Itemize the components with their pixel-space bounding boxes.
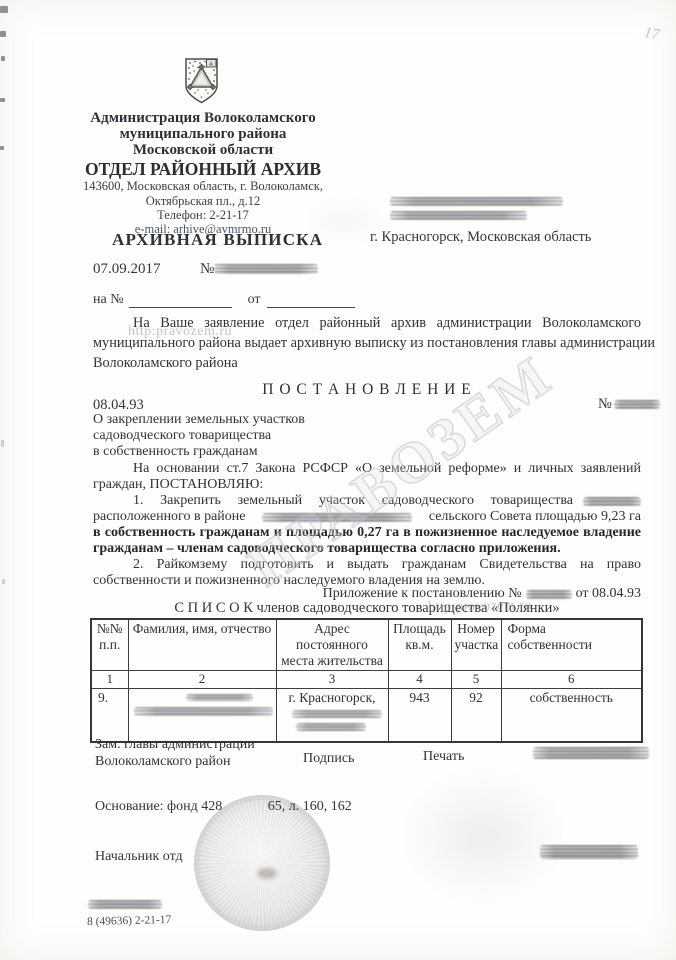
point1-line3: в собственность гражданам и площадью 0,2… <box>93 525 641 541</box>
point1-line2-text-b: сельского Совета площадью 9,23 га <box>429 509 641 525</box>
shield-icon <box>183 56 220 106</box>
signature-label: Подпись <box>303 751 354 767</box>
redaction-bar <box>88 900 162 909</box>
number-sign: № <box>200 261 214 278</box>
col-header-address: Адрес постоянного места жительства <box>276 619 388 671</box>
document-date: 07.09.2017 <box>93 261 161 278</box>
cell-ownership-form: собственность <box>501 689 642 743</box>
point1-line4: гражданам – членам садоводческого товари… <box>93 541 641 557</box>
redaction-bar <box>390 197 563 206</box>
redaction-bar <box>134 707 273 716</box>
round-stamp <box>196 797 328 929</box>
point2-line1: 2. Райкомзему подготовить и выдать гражд… <box>93 557 641 573</box>
scan-speck <box>2 579 5 584</box>
reference-line: на № от <box>93 292 355 308</box>
letterhead: Администрация Волоколамского муниципальн… <box>60 110 346 236</box>
basis-fond-post: 65, л. 160, 162 <box>268 799 352 814</box>
col-header-plot: Номер участка <box>451 619 501 671</box>
redaction-bar <box>390 211 527 220</box>
basis-fond-pre: Основание: фонд 428 <box>95 799 222 814</box>
intro-line2: муниципального района выдает архивную вы… <box>93 333 641 353</box>
point2-paragraph: 2. Райкомзему подготовить и выдать гражд… <box>93 557 641 589</box>
ref-na-label: на № <box>93 292 124 308</box>
intro-line3: Волоколамского района <box>93 353 641 373</box>
cell-address: г. Красногорск, <box>276 689 388 743</box>
resolution-subject: О закреплении земельных участков садовод… <box>93 412 641 460</box>
number-sign: № <box>598 396 612 413</box>
scan-smudge <box>398 766 568 906</box>
point1-line2: расположенного в районе сельского Совета… <box>93 509 641 525</box>
scan-speck <box>0 6 8 13</box>
scan-speck <box>1 440 4 447</box>
basis-paragraph: На основании ст.7 Закона РСФСР «О земель… <box>93 461 641 493</box>
basis-line1: На основании ст.7 Закона РСФСР «О земель… <box>93 461 641 477</box>
seal-label: Печать <box>423 749 464 765</box>
redaction-bar <box>540 845 638 859</box>
point1-line1: 1. Закрепить земельный участок садоводче… <box>93 493 641 509</box>
resolution-number: № <box>598 396 660 413</box>
document-title: АРХИВНАЯ ВЫПИСКА <box>112 230 323 250</box>
intro-paragraph: На Ваше заявление отдел районный архив а… <box>93 313 641 373</box>
basis-line2: граждан, ПОСТАНОВЛЯЮ: <box>93 477 641 493</box>
table-header-row: №№ п.п. Фамилия, имя, отчество Адрес пос… <box>91 619 642 671</box>
blank-line <box>267 294 355 308</box>
org-phone: Телефон: 2-21-17 <box>60 209 346 223</box>
cell-plot-number: 92 <box>451 689 501 743</box>
org-address-line2: Октябрьская пл., д.12 <box>60 195 346 209</box>
scan-speck <box>0 146 4 150</box>
point1-line2-text-a: расположенного в районе <box>93 509 245 525</box>
signatory-title-line1: Зам. главы администрации <box>95 737 255 753</box>
handwritten-page-number: 17 <box>643 25 661 44</box>
redaction-bar <box>526 590 572 599</box>
footer-phone: 8 (49636) 2-21-17 <box>87 914 172 928</box>
resolution-heading: П О С Т А Н О В Л Е Н И Е <box>93 381 641 399</box>
document-page: 17 Администрация Волоколамс <box>0 0 676 960</box>
department-name: ОТДЕЛ РАЙОННЫЙ АРХИВ <box>60 160 346 179</box>
subject-line3: в собственность гражданам <box>93 444 641 460</box>
signatory-title-line2: Волоколамского район <box>95 754 231 770</box>
scan-speck <box>0 98 5 102</box>
list-title: С П И С О К членов садоводческого товари… <box>93 600 641 617</box>
redaction-bar <box>214 264 318 274</box>
redaction-bar <box>533 747 649 759</box>
org-name-line3: Московской области <box>60 142 346 158</box>
subject-line1: О закреплении земельных участков <box>93 412 641 428</box>
redaction-bar <box>292 710 382 718</box>
cell-area: 943 <box>388 689 451 743</box>
redaction-bar <box>296 723 366 731</box>
coat-of-arms-volokolamsk <box>183 56 220 106</box>
point1-paragraph: 1. Закрепить земельный участок садоводче… <box>93 493 641 557</box>
subject-line2: садоводческого товарищества <box>93 428 641 444</box>
members-table: №№ п.п. Фамилия, имя, отчество Адрес пос… <box>90 618 643 743</box>
org-address-line1: 143600, Московская область, г. Волоколам… <box>60 180 346 194</box>
org-name-line1: Администрация Волоколамского <box>60 110 346 126</box>
redaction-bar <box>583 497 641 506</box>
col-header-ownership: Форма собственности <box>501 619 642 671</box>
ref-ot-label: от <box>248 292 261 308</box>
col-header-name: Фамилия, имя, отчество <box>128 619 276 671</box>
recipient-city-line: г. Красногорск, Московская область <box>370 229 591 246</box>
table-number-row: 1 2 3 4 5 6 <box>91 671 642 689</box>
redaction-bar <box>614 400 660 409</box>
col-header-area: Площадь кв.м. <box>388 619 451 671</box>
redaction-bar <box>262 513 412 522</box>
intro-line1: На Ваше заявление отдел районный архив а… <box>93 313 641 333</box>
table-row: 9. г. Красногорск, 943 92 собственность <box>91 689 642 743</box>
cell-name-redacted <box>128 689 276 743</box>
basis-fond-line: Основание: фонд 428 65, л. 160, 162 <box>95 799 352 815</box>
redaction-bar <box>186 694 253 701</box>
blank-line <box>129 294 232 308</box>
cell-row-number: 9. <box>91 689 128 743</box>
chief-line: Начальник отд <box>95 849 183 865</box>
scan-speck <box>1 56 5 61</box>
org-name-line2: муниципального района <box>60 126 346 142</box>
point1-line1-text: 1. Закрепить земельный участок садоводче… <box>133 493 573 509</box>
scan-speck <box>0 31 6 37</box>
col-header-num: №№ п.п. <box>91 619 128 671</box>
